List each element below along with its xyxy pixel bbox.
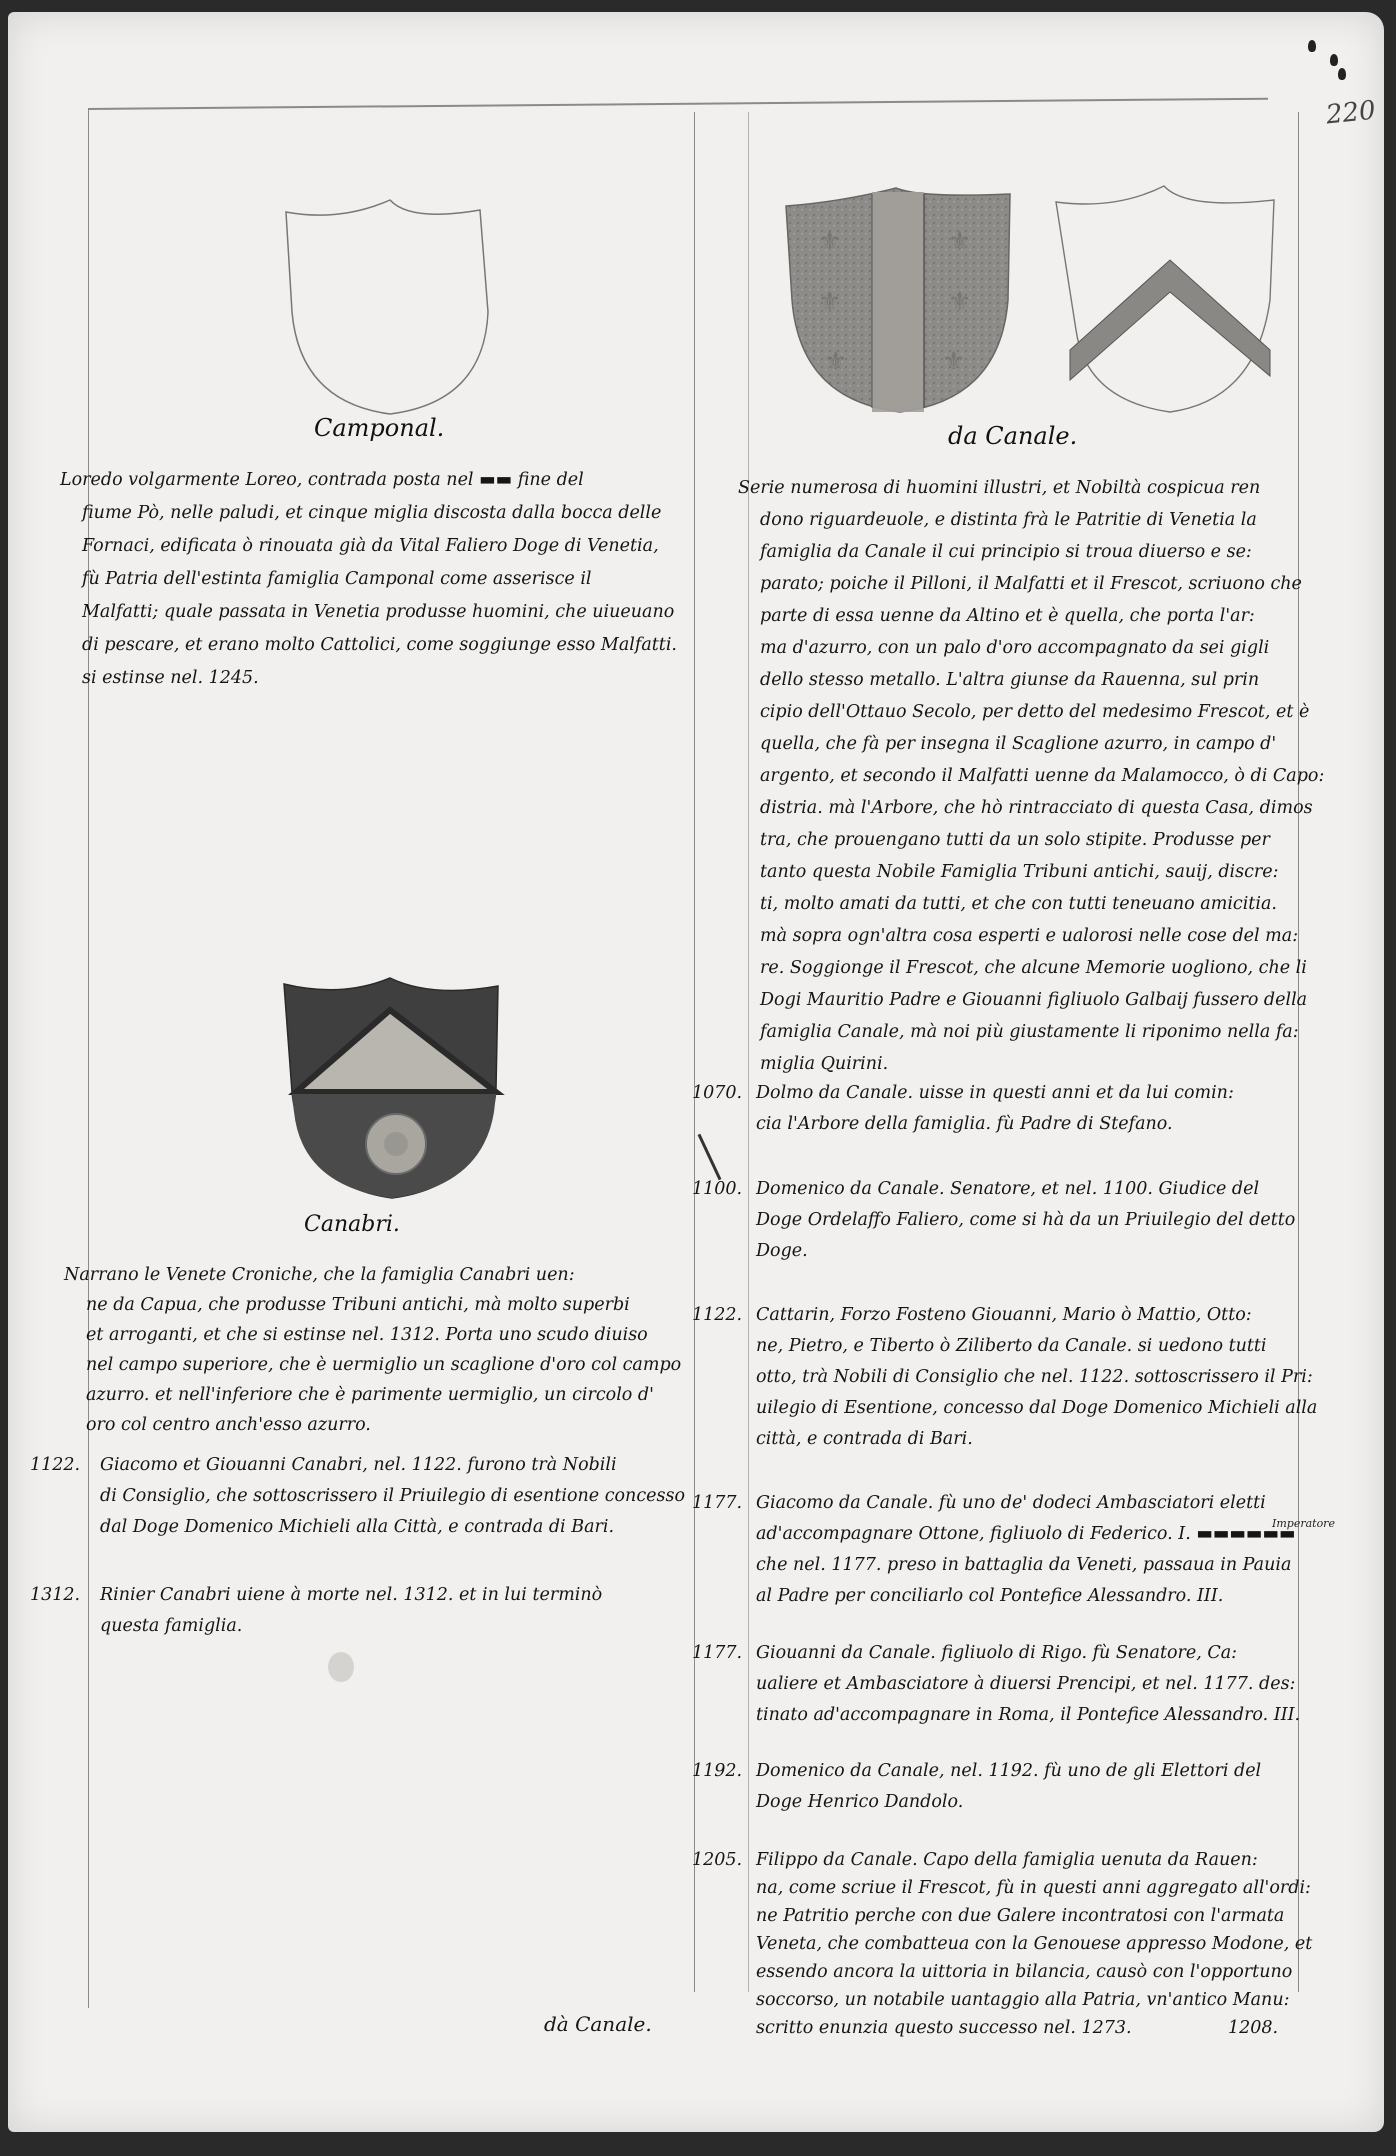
text-line: ne, Pietro, e Tiberto ò Ziliberto da Can… (756, 1331, 1317, 1362)
text-line: Narrano le Venete Croniche, che la famig… (64, 1260, 684, 1290)
text-line: Giacomo da Canale. fù uno de' dodeci Amb… (756, 1488, 1296, 1519)
text-line: Domenico da Canale. Senatore, et nel. 11… (756, 1174, 1295, 1205)
text-line: essendo ancora la uittoria in bilancia, … (756, 1958, 1312, 1986)
text-line: fù Patria dell'estinta famiglia Camponal… (60, 563, 680, 596)
manuscript-page: 220 Camponal. ⚜ ⚜ ⚜ ⚜ (8, 12, 1384, 2132)
text-line: dello stesso metallo. L'altra giunse da … (738, 664, 1338, 696)
text-line: argento, et secondo il Malfatti uenne da… (738, 760, 1338, 792)
text-line: oro col centro anch'esso azurro. (64, 1410, 684, 1440)
text-line: ne da Capua, che produsse Tribuni antich… (64, 1290, 684, 1320)
text-line: tanto questa Nobile Famiglia Tribuni ant… (738, 856, 1338, 888)
text-line: al Padre per conciliarlo col Pontefice A… (756, 1581, 1296, 1612)
shield-chevron-icon (1046, 180, 1286, 420)
text-line: Fornaci, edificata ò rinouata già da Vit… (60, 530, 680, 563)
column-divider-rule (694, 112, 695, 1992)
text-line: uilegio di Esentione, concesso dal Doge … (756, 1393, 1317, 1424)
text-line: questa famiglia. (100, 1611, 602, 1642)
entry-year: 1177. (692, 1638, 742, 1669)
svg-text:⚜: ⚜ (948, 287, 971, 317)
ink-mark (1308, 40, 1316, 52)
text-line: dono riguardeuole, e distinta frà le Pat… (738, 504, 1338, 536)
ink-mark (1330, 54, 1338, 66)
entry-year: 1122. (30, 1450, 80, 1481)
text-line: Doge Henrico Dandolo. (756, 1787, 1261, 1818)
text-line: azurro. et nell'inferiore che è pariment… (64, 1380, 684, 1410)
text-line: dal Doge Domenico Michieli alla Città, e… (100, 1512, 685, 1543)
text-line: Cattarin, Forzo Fosteno Giouanni, Mario … (756, 1300, 1317, 1331)
svg-text:⚜: ⚜ (824, 347, 847, 377)
canabri-shield (272, 972, 512, 1202)
entry-year: 1070. (692, 1078, 742, 1109)
text-line: ne Patritio perche con due Galere incont… (756, 1902, 1312, 1930)
text-line: parte di essa uenne da Altino et è quell… (738, 600, 1338, 632)
shield-pale-fleur-de-lis-icon: ⚜ ⚜ ⚜ ⚜ ⚜ ⚜ (780, 180, 1020, 420)
text-line: di Consiglio, che sottoscrissero il Priu… (100, 1481, 685, 1512)
text-line: Serie numerosa di huomini illustri, et N… (738, 472, 1338, 504)
text-line: cia l'Arbore della famiglia. fù Padre di… (756, 1109, 1234, 1140)
left-margin-rule (88, 108, 89, 2008)
text-line: quella, che fà per insegna il Scaglione … (738, 728, 1338, 760)
da-canale-heading: da Canale. (948, 422, 1077, 450)
stain (328, 1652, 354, 1682)
text-line: Filippo da Canale. Capo della famiglia u… (756, 1846, 1312, 1874)
text-line: Doge Ordelaffo Faliero, come si hà da un… (756, 1205, 1295, 1236)
camponal-shield (280, 182, 520, 422)
entry-year: 1177. (692, 1488, 742, 1519)
text-line: ti, molto amati da tutti, et che con tut… (738, 888, 1338, 920)
text-line: na, come scriue il Frescot, fù in questi… (756, 1874, 1312, 1902)
shield-chevron-roundel-icon (272, 972, 512, 1202)
text-line: tra, che prouengano tutti da un solo sti… (738, 824, 1338, 856)
da-canale-shield-pale: ⚜ ⚜ ⚜ ⚜ ⚜ ⚜ (780, 180, 1020, 420)
text-line: cipio dell'Ottauo Secolo, per detto del … (738, 696, 1338, 728)
entry-year: 1100. (692, 1174, 742, 1205)
entry-year: 1205. (692, 1846, 742, 1874)
svg-text:⚜: ⚜ (942, 347, 965, 377)
text-line: mà sopra ogn'altra cosa esperti e ualoro… (738, 920, 1338, 952)
text-line: ad'accompagnare Ottone, figliuolo di Fed… (756, 1519, 1296, 1550)
text-line: miglia Quirini. (738, 1048, 1338, 1080)
svg-text:⚜: ⚜ (948, 227, 971, 257)
canabri-heading: Canabri. (304, 1212, 400, 1237)
text-line: Giouanni da Canale. figliuolo di Rigo. f… (756, 1638, 1300, 1669)
da-canale-text: Serie numerosa di huomini illustri, et N… (738, 472, 1338, 1080)
svg-text:⚜: ⚜ (818, 287, 841, 317)
camponal-text: Loredo volgarmente Loreo, contrada posta… (60, 464, 680, 695)
text-line: Loredo volgarmente Loreo, contrada posta… (60, 464, 680, 497)
text-line: ualiere et Ambasciatore à diuersi Prenci… (756, 1669, 1300, 1700)
text-line: otto, trà Nobili di Consiglio che nel. 1… (756, 1362, 1317, 1393)
text-line: Malfatti; quale passata in Venetia produ… (60, 596, 680, 629)
text-line: distria. mà l'Arbore, che hò rintracciat… (738, 792, 1338, 824)
text-line: che nel. 1177. preso in battaglia da Ven… (756, 1550, 1296, 1581)
text-line: Dolmo da Canale. uisse in questi anni et… (756, 1078, 1234, 1109)
text-line: famiglia da Canale il cui principio si t… (738, 536, 1338, 568)
text-line: di pescare, et erano molto Cattolici, co… (60, 629, 680, 662)
text-line: re. Soggionge il Frescot, che alcune Mem… (738, 952, 1338, 984)
da-canale-shield-chevron (1046, 180, 1286, 420)
text-line: nel campo superiore, che è uermiglio un … (64, 1350, 684, 1380)
canabri-text: Narrano le Venete Croniche, che la famig… (64, 1260, 684, 1440)
text-line: Doge. (756, 1236, 1295, 1267)
text-line: et arroganti, et che si estinse nel. 131… (64, 1320, 684, 1350)
text-line: città, e contrada di Bari. (756, 1424, 1317, 1455)
text-line: soccorso, un notabile uantaggio alla Pat… (756, 1986, 1312, 2014)
camponal-heading: Camponal. (314, 414, 444, 442)
margin-note-year: 1208. (1228, 2014, 1278, 2042)
text-line: famiglia Canale, mà noi più giustamente … (738, 1016, 1338, 1048)
text-line: fiume Pò, nelle paludi, et cinque miglia… (60, 497, 680, 530)
entry-year: 1122. (692, 1300, 742, 1331)
catchword: dà Canale. (544, 2012, 652, 2036)
text-line: Dogi Mauritio Padre e Giouanni figliuolo… (738, 984, 1338, 1016)
text-line: Domenico da Canale, nel. 1192. fù uno de… (756, 1756, 1261, 1787)
svg-text:⚜: ⚜ (818, 227, 841, 257)
shield-outline-icon (280, 182, 520, 422)
folio-number: 220 (1325, 95, 1378, 130)
entry-year: 1192. (692, 1756, 742, 1787)
text-line: si estinse nel. 1245. (60, 662, 680, 695)
text-line: parato; poiche il Pilloni, il Malfatti e… (738, 568, 1338, 600)
text-line: Rinier Canabri uiene à morte nel. 1312. … (100, 1580, 602, 1611)
top-rule (88, 98, 1268, 110)
ink-mark (1338, 68, 1346, 80)
text-line: Giacomo et Giouanni Canabri, nel. 1122. … (100, 1450, 685, 1481)
text-line: ma d'azurro, con un palo d'oro accompagn… (738, 632, 1338, 664)
text-line: tinato ad'accompagnare in Roma, il Ponte… (756, 1700, 1300, 1731)
entry-year: 1312. (30, 1580, 80, 1611)
text-line: Veneta, che combatteua con la Genouese a… (756, 1930, 1312, 1958)
